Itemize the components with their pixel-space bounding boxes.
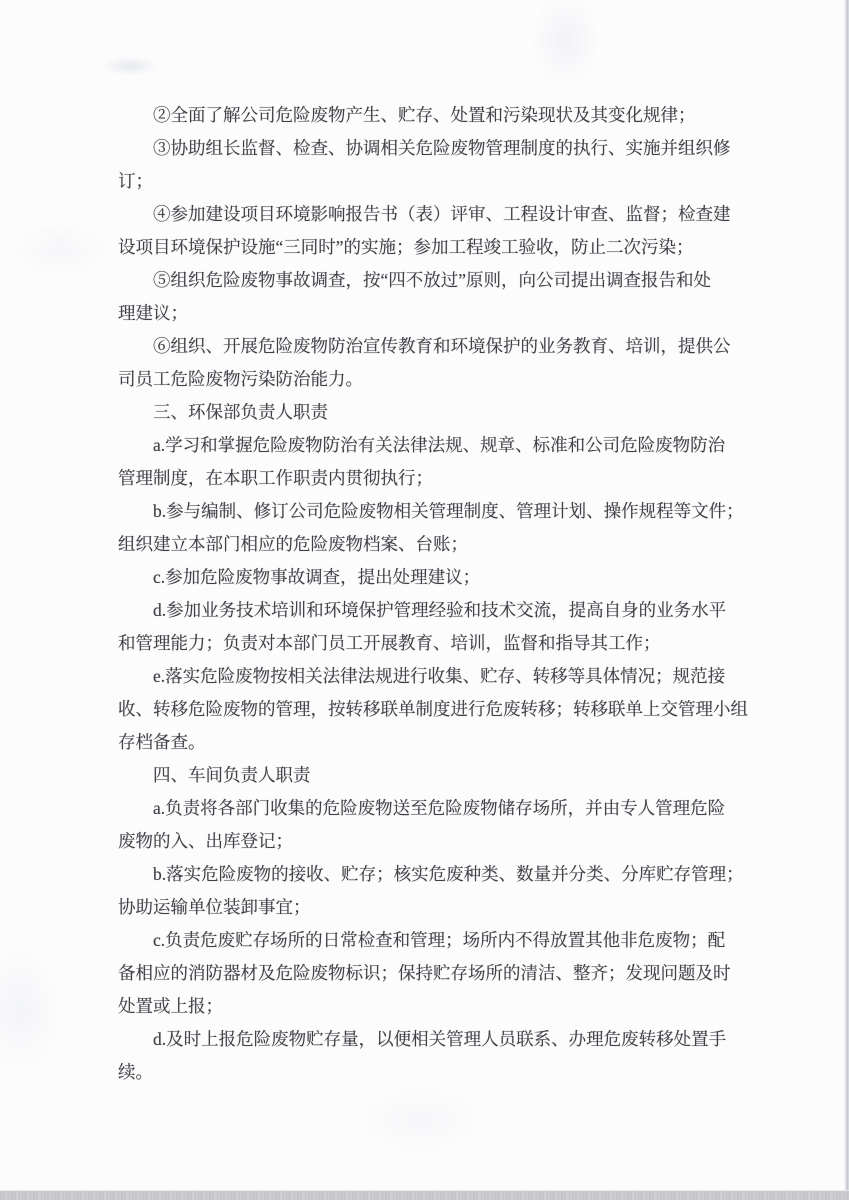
- paragraph: ②全面了解公司危险废物产生、贮存、处置和污染现状及其变化规律；: [118, 99, 763, 132]
- paragraph: ③协助组长监督、检查、协调相关危险废物管理制度的执行、实施并组织修 订；: [118, 132, 763, 198]
- paragraph: a.学习和掌握危险废物防治有关法律法规、规章、标准和公司危险废物防治 管理制度，…: [118, 429, 763, 495]
- document-content: ②全面了解公司危险废物产生、贮存、处置和污染现状及其变化规律；③协助组长监督、检…: [118, 99, 763, 1089]
- paragraph: e.落实危险废物按相关法律法规进行收集、贮存、转移等具体情况；规范接 收、转移危…: [118, 660, 763, 759]
- paragraph: b.参与编制、修订公司危险废物相关管理制度、管理计划、操作规程等文件； 组织建立…: [118, 495, 763, 561]
- paragraph: ⑤组织危险废物事故调查，按“四不放过”原则，向公司提出调查报告和处 理建议；: [118, 264, 763, 330]
- paragraph: d.参加业务技术培训和环境保护管理经验和技术交流，提高自身的业务水平 和管理能力…: [118, 594, 763, 660]
- paragraph: a.负责将各部门收集的危险废物送至危险废物储存场所，并由专人管理危险 废物的入、…: [118, 792, 763, 858]
- scan-page-bottom-edge: [0, 1190, 849, 1200]
- section-heading: 四、车间负责人职责: [118, 759, 763, 792]
- document-page: ②全面了解公司危险废物产生、贮存、处置和污染现状及其变化规律；③协助组长监督、检…: [0, 0, 849, 1200]
- paragraph: c.负责危废贮存场所的日常检查和管理；场所内不得放置其他非危废物；配 备相应的消…: [118, 924, 763, 1023]
- paragraph: ⑥组织、开展危险废物防治宣传教育和环境保护的业务教育、培训，提供公 司员工危险废…: [118, 330, 763, 396]
- paragraph: ④参加建设项目环境影响报告书（表）评审、工程设计审查、监督；检查建 设项目环境保…: [118, 198, 763, 264]
- scan-page-right-edge: [844, 0, 849, 1200]
- paragraph: d.及时上报危险废物贮存量，以便相关管理人员联系、办理危废转移处置手 续。: [118, 1023, 763, 1089]
- paragraph: c.参加危险废物事故调查，提出处理建议；: [118, 561, 763, 594]
- paragraph: b.落实危险废物的接收、贮存；核实危废种类、数量并分类、分库贮存管理； 协助运输…: [118, 858, 763, 924]
- section-heading: 三、环保部负责人职责: [118, 396, 763, 429]
